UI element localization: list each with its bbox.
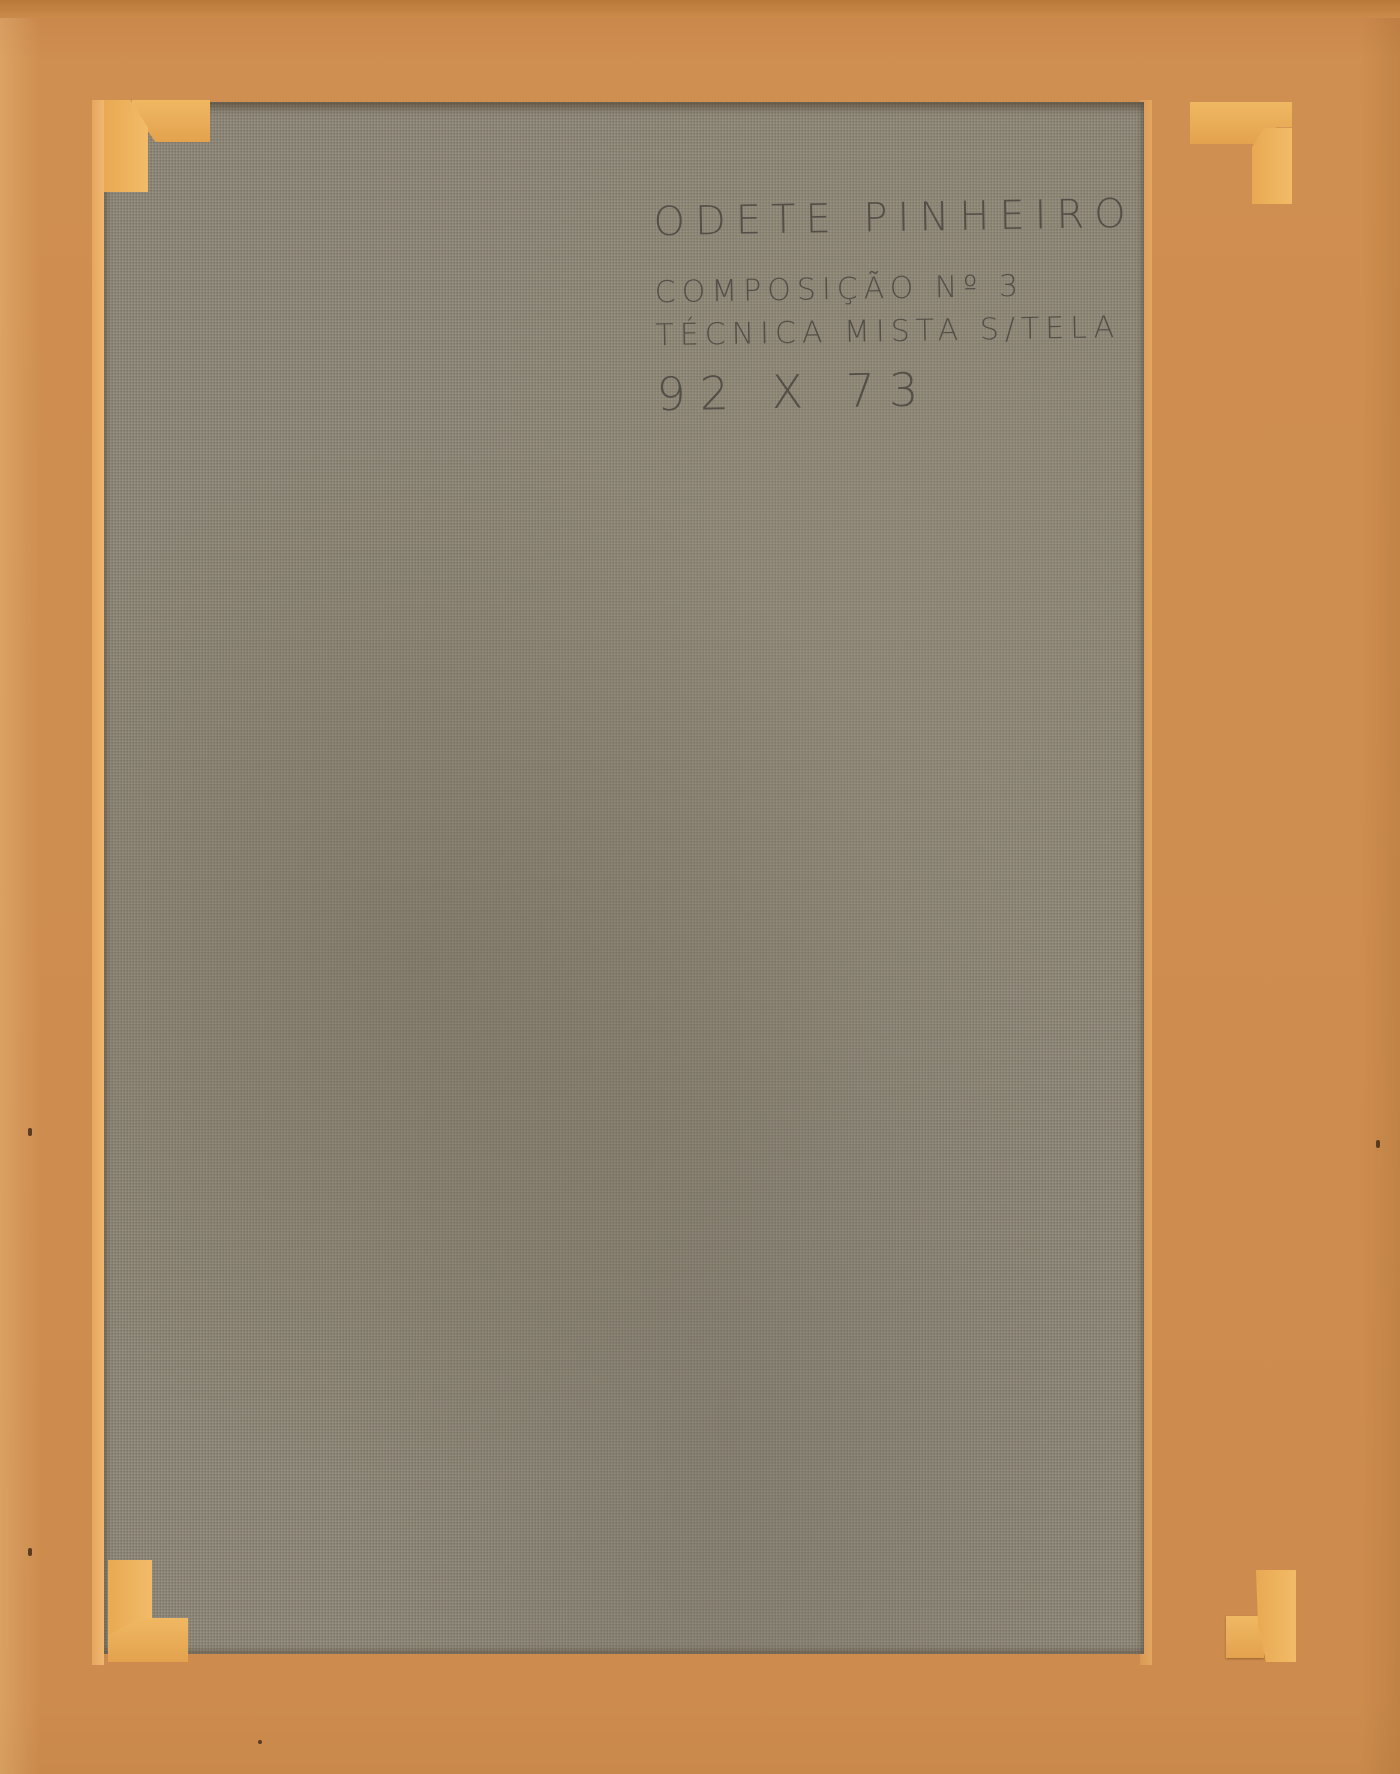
hanging-hook-left: [28, 1548, 32, 1556]
stretcher-bar-left: [92, 100, 104, 1665]
inscription-title: COMPOSIÇÃO Nº 3: [654, 267, 1137, 310]
nail-hole-right: [1376, 1140, 1380, 1148]
handwritten-inscription: ODETE PINHEIRO COMPOSIÇÃO Nº 3 TÉCNICA M…: [653, 191, 1139, 421]
painting-back-photo: ODETE PINHEIRO COMPOSIÇÃO Nº 3 TÉCNICA M…: [0, 0, 1400, 1774]
nail-hole-bottom: [258, 1740, 262, 1744]
nail-hole-left: [28, 1128, 32, 1136]
inscription-dimensions: 92 X 73: [656, 359, 1139, 421]
inscription-technique: TÉCNICA MISTA S/TELA: [655, 310, 1138, 353]
corner-key-top-right-vertical: [1252, 128, 1292, 204]
inscription-artist: ODETE PINHEIRO: [653, 191, 1136, 245]
frame-top-edge: [0, 0, 1400, 18]
